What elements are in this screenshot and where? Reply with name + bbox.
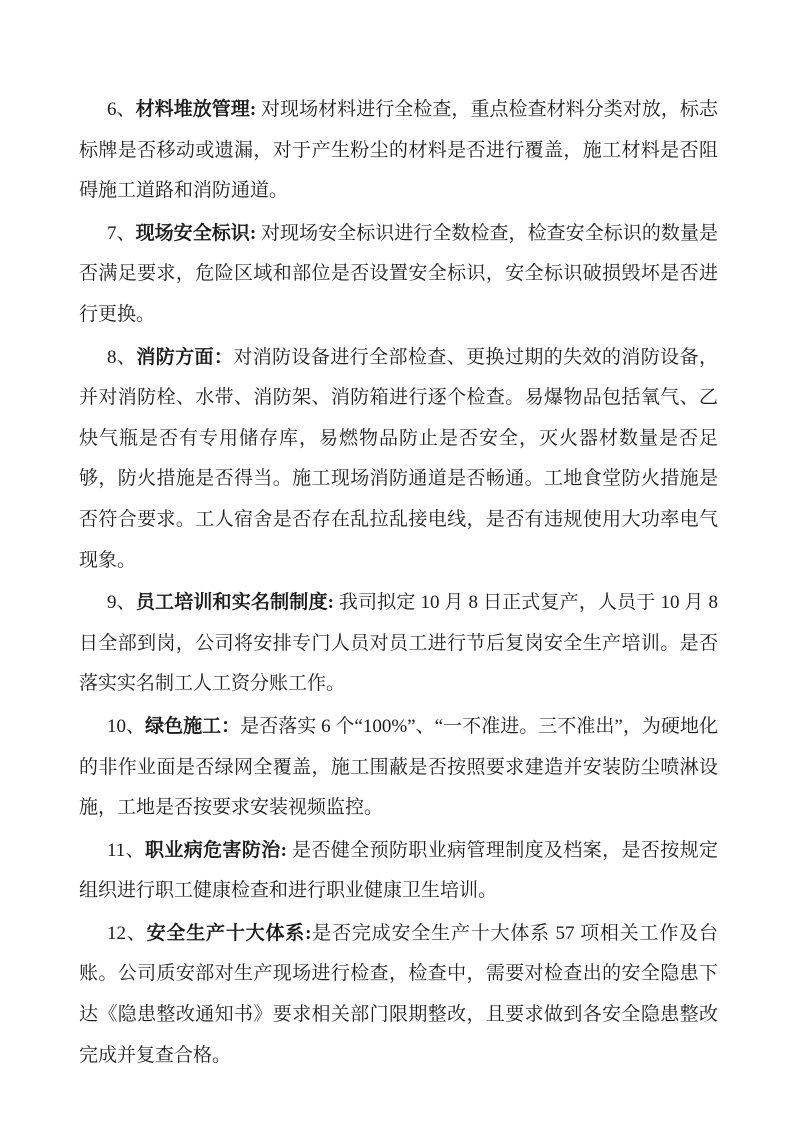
paragraph-heading: 安全生产十大体系: <box>147 923 312 944</box>
paragraph-heading: 绿色施工： <box>145 716 240 737</box>
paragraph-number: 8、 <box>107 347 136 368</box>
paragraph-number: 10、 <box>107 716 145 737</box>
paragraph-number: 11、 <box>107 840 145 861</box>
paragraph-6-material-stacking: 6、材料堆放管理: 对现场材料进行全检查，重点检查材料分类对放，标志标牌是否移动… <box>79 90 718 212</box>
paragraph-heading: 消防方面： <box>136 347 233 368</box>
paragraph-heading: 员工培训和实名制制度: <box>136 592 334 613</box>
paragraph-number: 7、 <box>107 223 136 244</box>
paragraph-heading: 材料堆放管理: <box>136 99 257 120</box>
paragraph-10-green-construction: 10、绿色施工：是否落实 6 个“100%”、“一不准进。三不准出”，为硬地化的… <box>79 707 718 829</box>
paragraph-8-fire-safety: 8、消防方面：对消防设备进行全部检查、更换过期的失效的消防设备，并对消防栓、水带… <box>79 338 718 582</box>
document-content: 6、材料堆放管理: 对现场材料进行全检查，重点检查材料分类对放，标志标牌是否移动… <box>79 90 718 1078</box>
paragraph-11-occupational-disease: 11、职业病危害防治: 是否健全预防职业病管理制度及档案，是否按规定组织进行职工… <box>79 831 718 912</box>
paragraph-heading: 现场安全标识: <box>136 223 257 244</box>
paragraph-9-training-realname: 9、员工培训和实名制制度: 我司拟定 10 月 8 日正式复产，人员于 10 月… <box>79 583 718 705</box>
paragraph-body: 对消防设备进行全部检查、更换过期的失效的消防设备，并对消防栓、水带、消防架、消防… <box>79 347 718 571</box>
paragraph-7-site-safety-signs: 7、现场安全标识: 对现场安全标识进行全数检查，检查安全标识的数量是否满足要求，… <box>79 214 718 336</box>
paragraph-number: 9、 <box>107 592 136 613</box>
paragraph-heading: 职业病危害防治: <box>145 840 287 861</box>
paragraph-number: 12、 <box>107 923 147 944</box>
paragraph-body: 是否完成安全生产十大体系 57 项相关工作及台账。公司质安部对生产现场进行检查，… <box>79 923 718 1066</box>
paragraph-number: 6、 <box>107 99 136 120</box>
paragraph-12-ten-safety-systems: 12、安全生产十大体系:是否完成安全生产十大体系 57 项相关工作及台账。公司质… <box>79 914 718 1076</box>
document-page: 6、材料堆放管理: 对现场材料进行全检查，重点检查材料分类对放，标志标牌是否移动… <box>0 0 793 1122</box>
